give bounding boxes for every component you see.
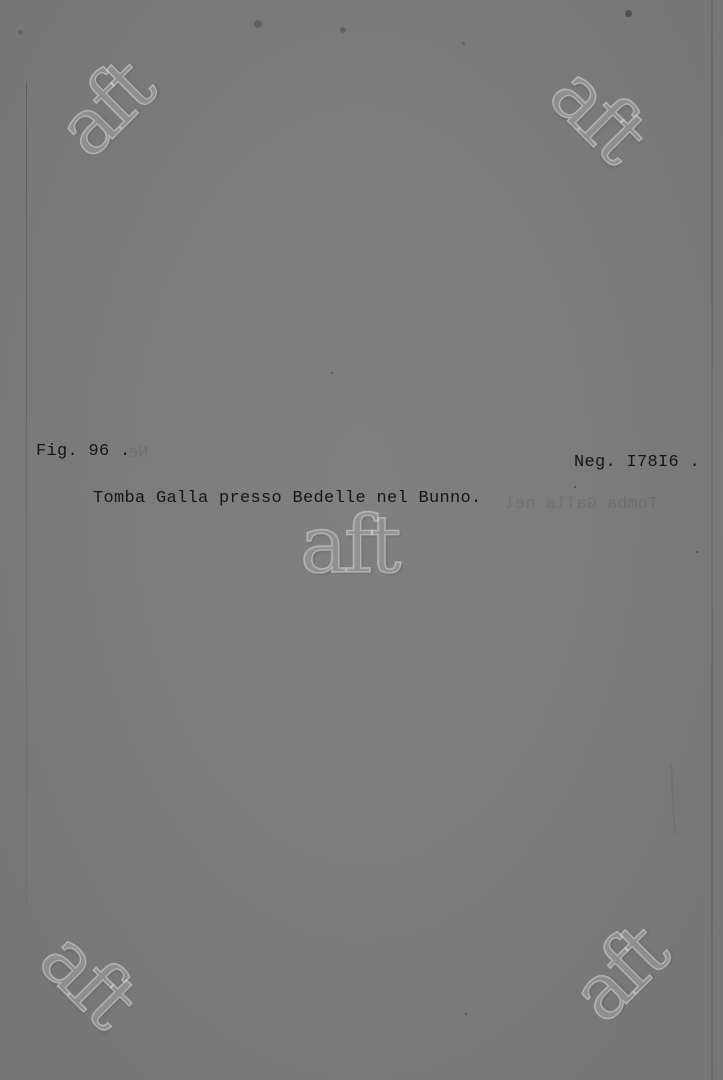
scratch-mark [670,765,676,835]
watermark-center: aft [300,505,397,585]
dust-speck [462,42,465,45]
dust-speck [340,27,346,33]
watermark-top-left: aft [44,48,166,170]
dust-speck [331,372,333,374]
bleed-through-label: Ne [128,444,148,463]
bleed-through-caption: Tomba Galla nel [505,495,658,514]
dust-speck [18,30,23,35]
watermark-bottom-right: aft [558,913,680,1035]
dust-speck [574,486,576,488]
watermark-top-right: aft [536,53,658,175]
dust-speck [465,1013,467,1015]
card-edge-left [26,82,27,982]
watermark-bottom-left: aft [26,918,148,1040]
negative-number: Neg. I78I6 . [574,453,700,472]
dust-speck [254,20,262,28]
caption: Tomba Galla presso Bedelle nel Bunno. [93,489,482,508]
card-edge-right [711,0,713,1080]
dust-speck [625,10,632,17]
dust-speck [696,551,698,553]
archive-card: Ne Tomba Galla nel Fig. 96 . Neg. I78I6 … [0,0,723,1080]
figure-label: Fig. 96 . [36,442,131,461]
